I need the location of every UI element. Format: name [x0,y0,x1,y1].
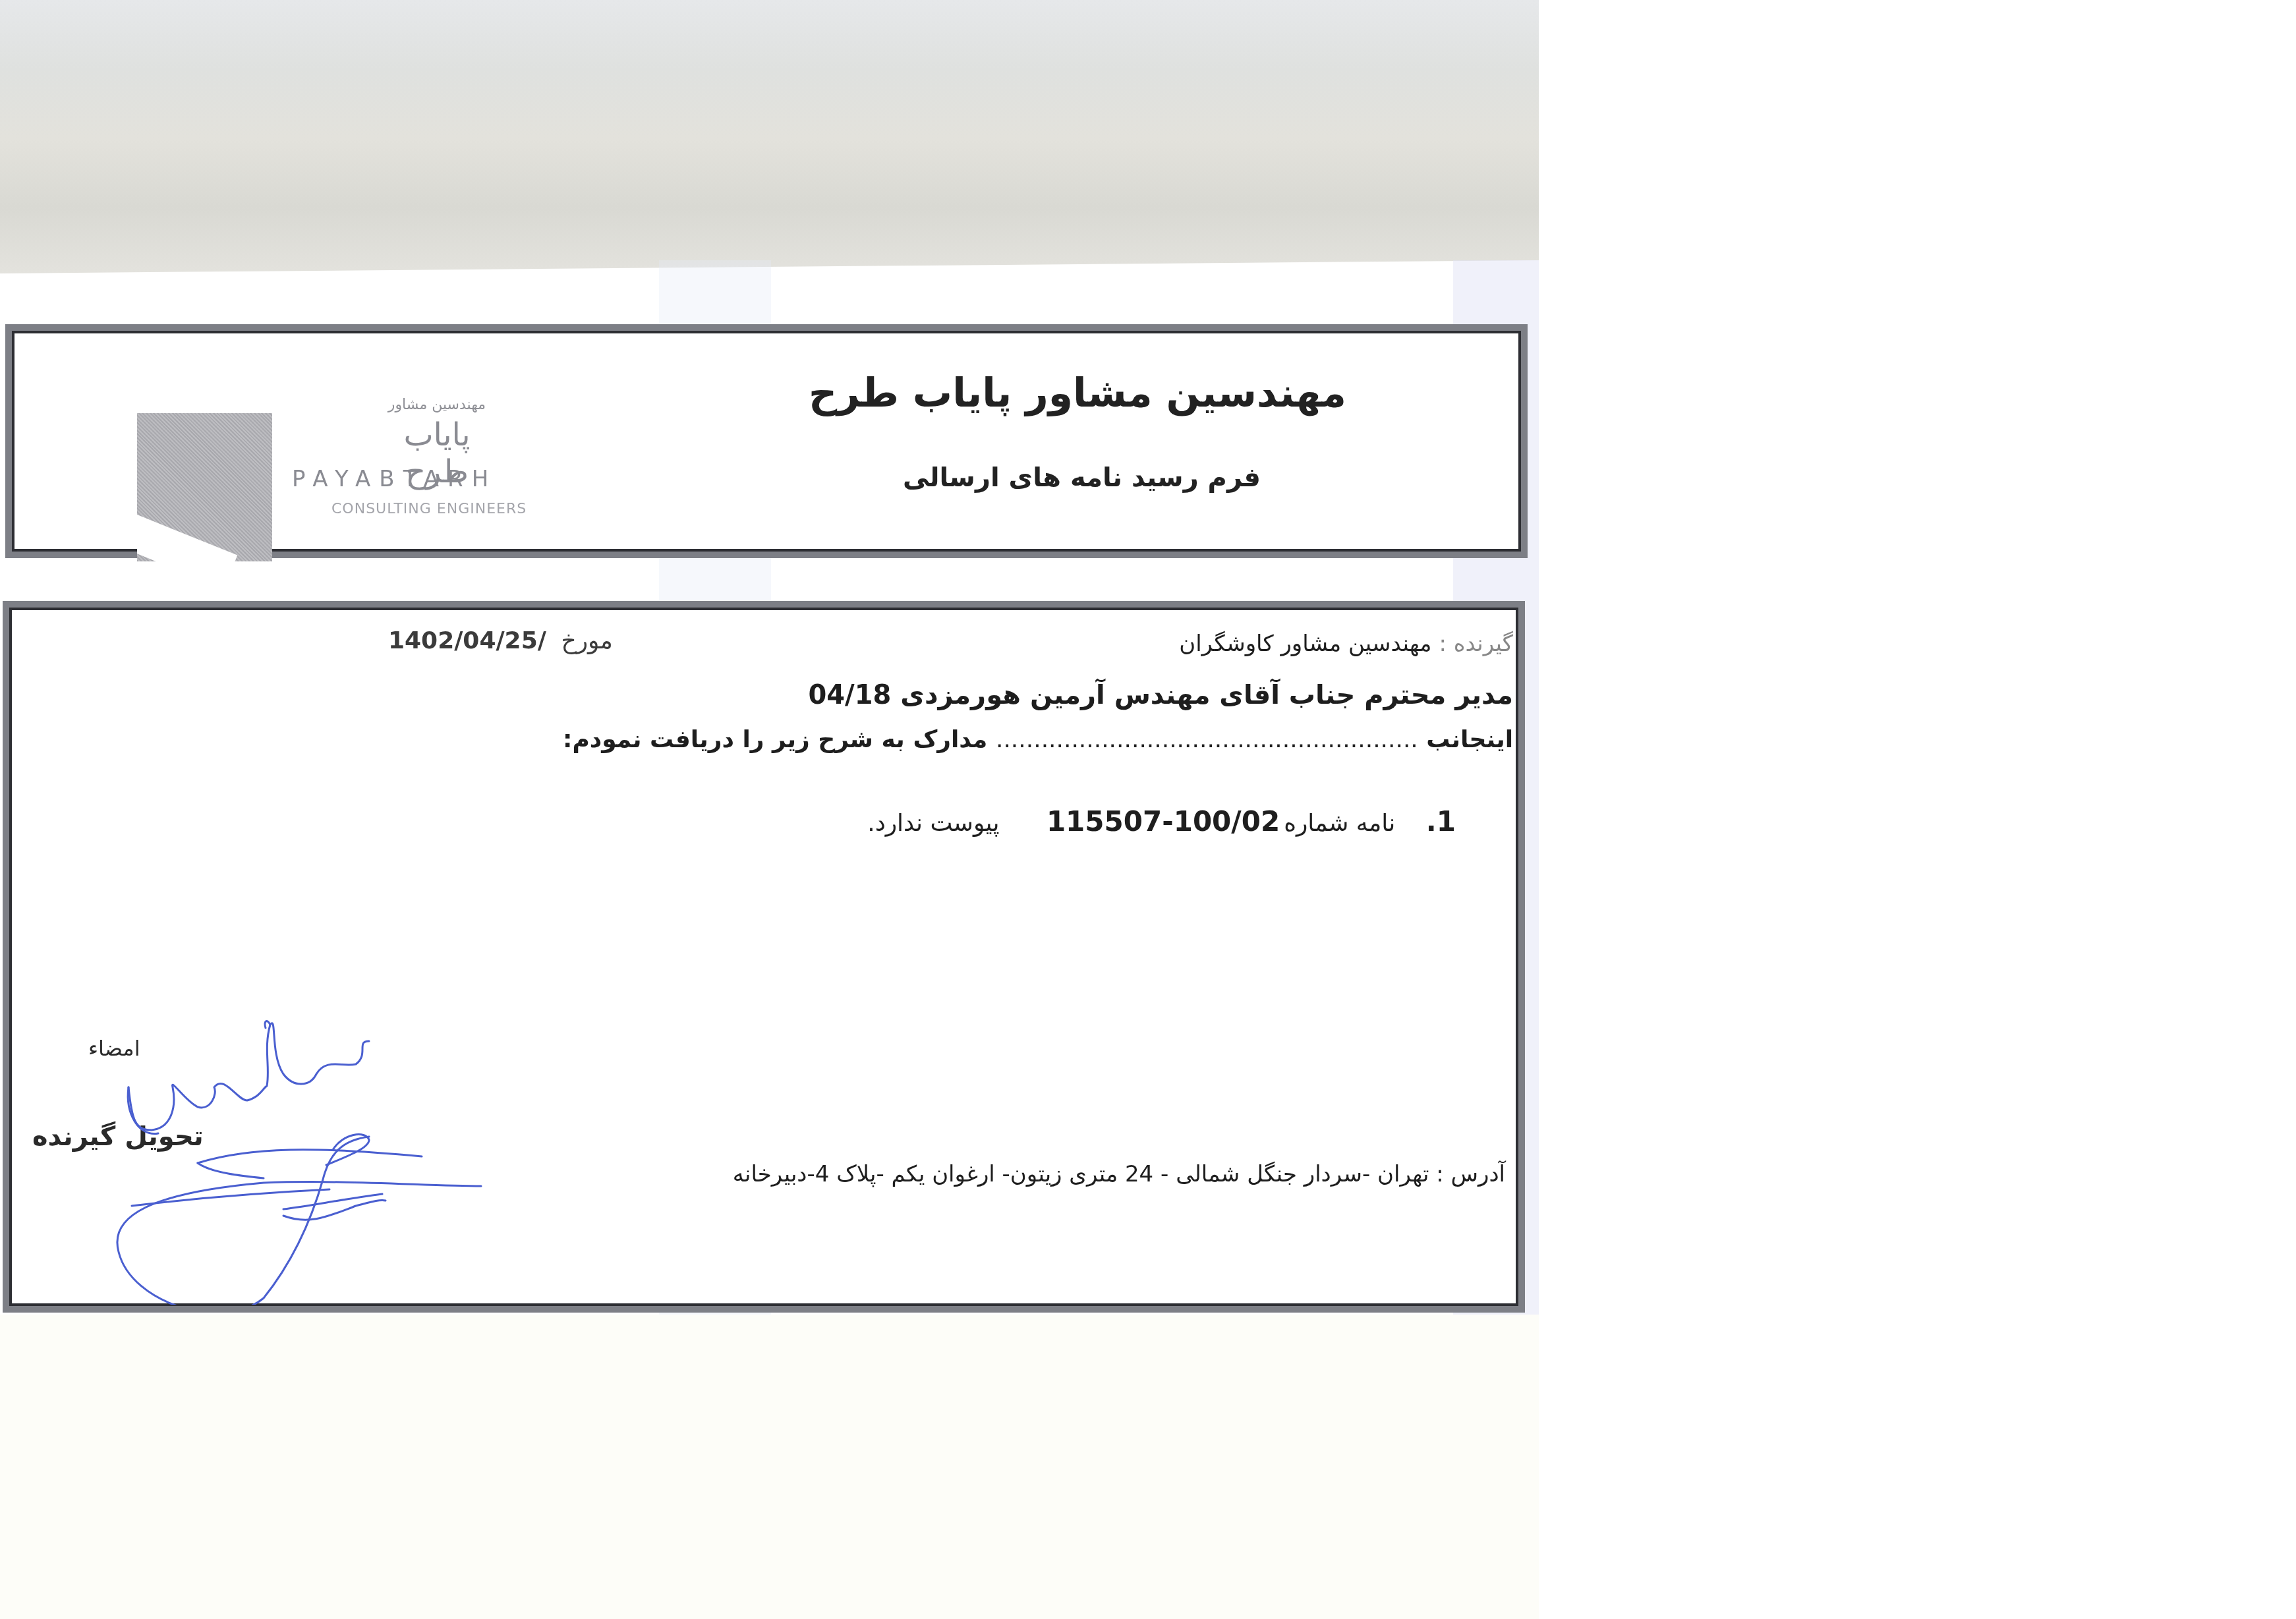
logo-persian-subtitle: مهندسین مشاور [384,397,490,413]
scan-bottom-area [0,1315,1539,1619]
scanner-lid-shadow [0,0,1539,277]
manager-line: مدیر محترم جناب آقای مهندس آرمین هورمزدی… [808,680,1513,710]
form-title: فرم رسید نامه های ارسالی [903,463,1261,493]
acknowledgement-line: اینجانب ................................… [563,726,1513,753]
letterhead-box: مهندسین مشاور پایاب طرح PAYABTARH CONSUL… [5,324,1528,558]
logo-english-name: PAYABTARH [292,466,497,492]
list-item: 1. نامه شماره100/02-115507 پیوست ندارد. [867,805,1456,838]
address-line: آدرس : تهران -سردار جنگل شمالی - 24 متری… [733,1161,1505,1187]
company-title: مهندسین مشاور پایاب طرح [809,370,1346,416]
date-value: 1402/04/25/ [388,627,546,654]
ack-prefix: اینجانب [1426,726,1513,753]
recipient-label: گیرنده : [1439,631,1513,657]
recipient-line: گیرنده : مهندسین مشاور کاوشگران [1179,631,1513,657]
recipient-value: مهندسین مشاور کاوشگران [1179,631,1431,657]
logo-english-subtitle: CONSULTING ENGINEERS [331,501,527,517]
address-label: آدرس : [1436,1161,1505,1187]
ack-suffix: مدارک به شرح زیر را دریافت نمودم: [563,726,987,753]
item-reference: 100/02-115507 [1047,805,1280,838]
ack-blank-field: ........................................… [996,726,1418,753]
item-number: 1. [1426,805,1456,838]
manager-text: مدیر محترم جناب آقای مهندس آرمین هورمزدی [900,680,1513,710]
address-value: تهران -سردار جنگل شمالی - 24 متری زیتون-… [733,1161,1429,1187]
item-attachment: پیوست ندارد. [867,810,999,837]
date-line: 1402/04/25/ مورخ [388,627,613,654]
handwritten-signature-icon [0,988,501,1305]
manager-time: 04/18 [808,680,891,710]
logo-cut-shape [137,512,237,561]
item-label: نامه شماره [1284,810,1395,837]
date-label: مورخ [561,627,613,654]
company-logo-icon [137,413,272,561]
